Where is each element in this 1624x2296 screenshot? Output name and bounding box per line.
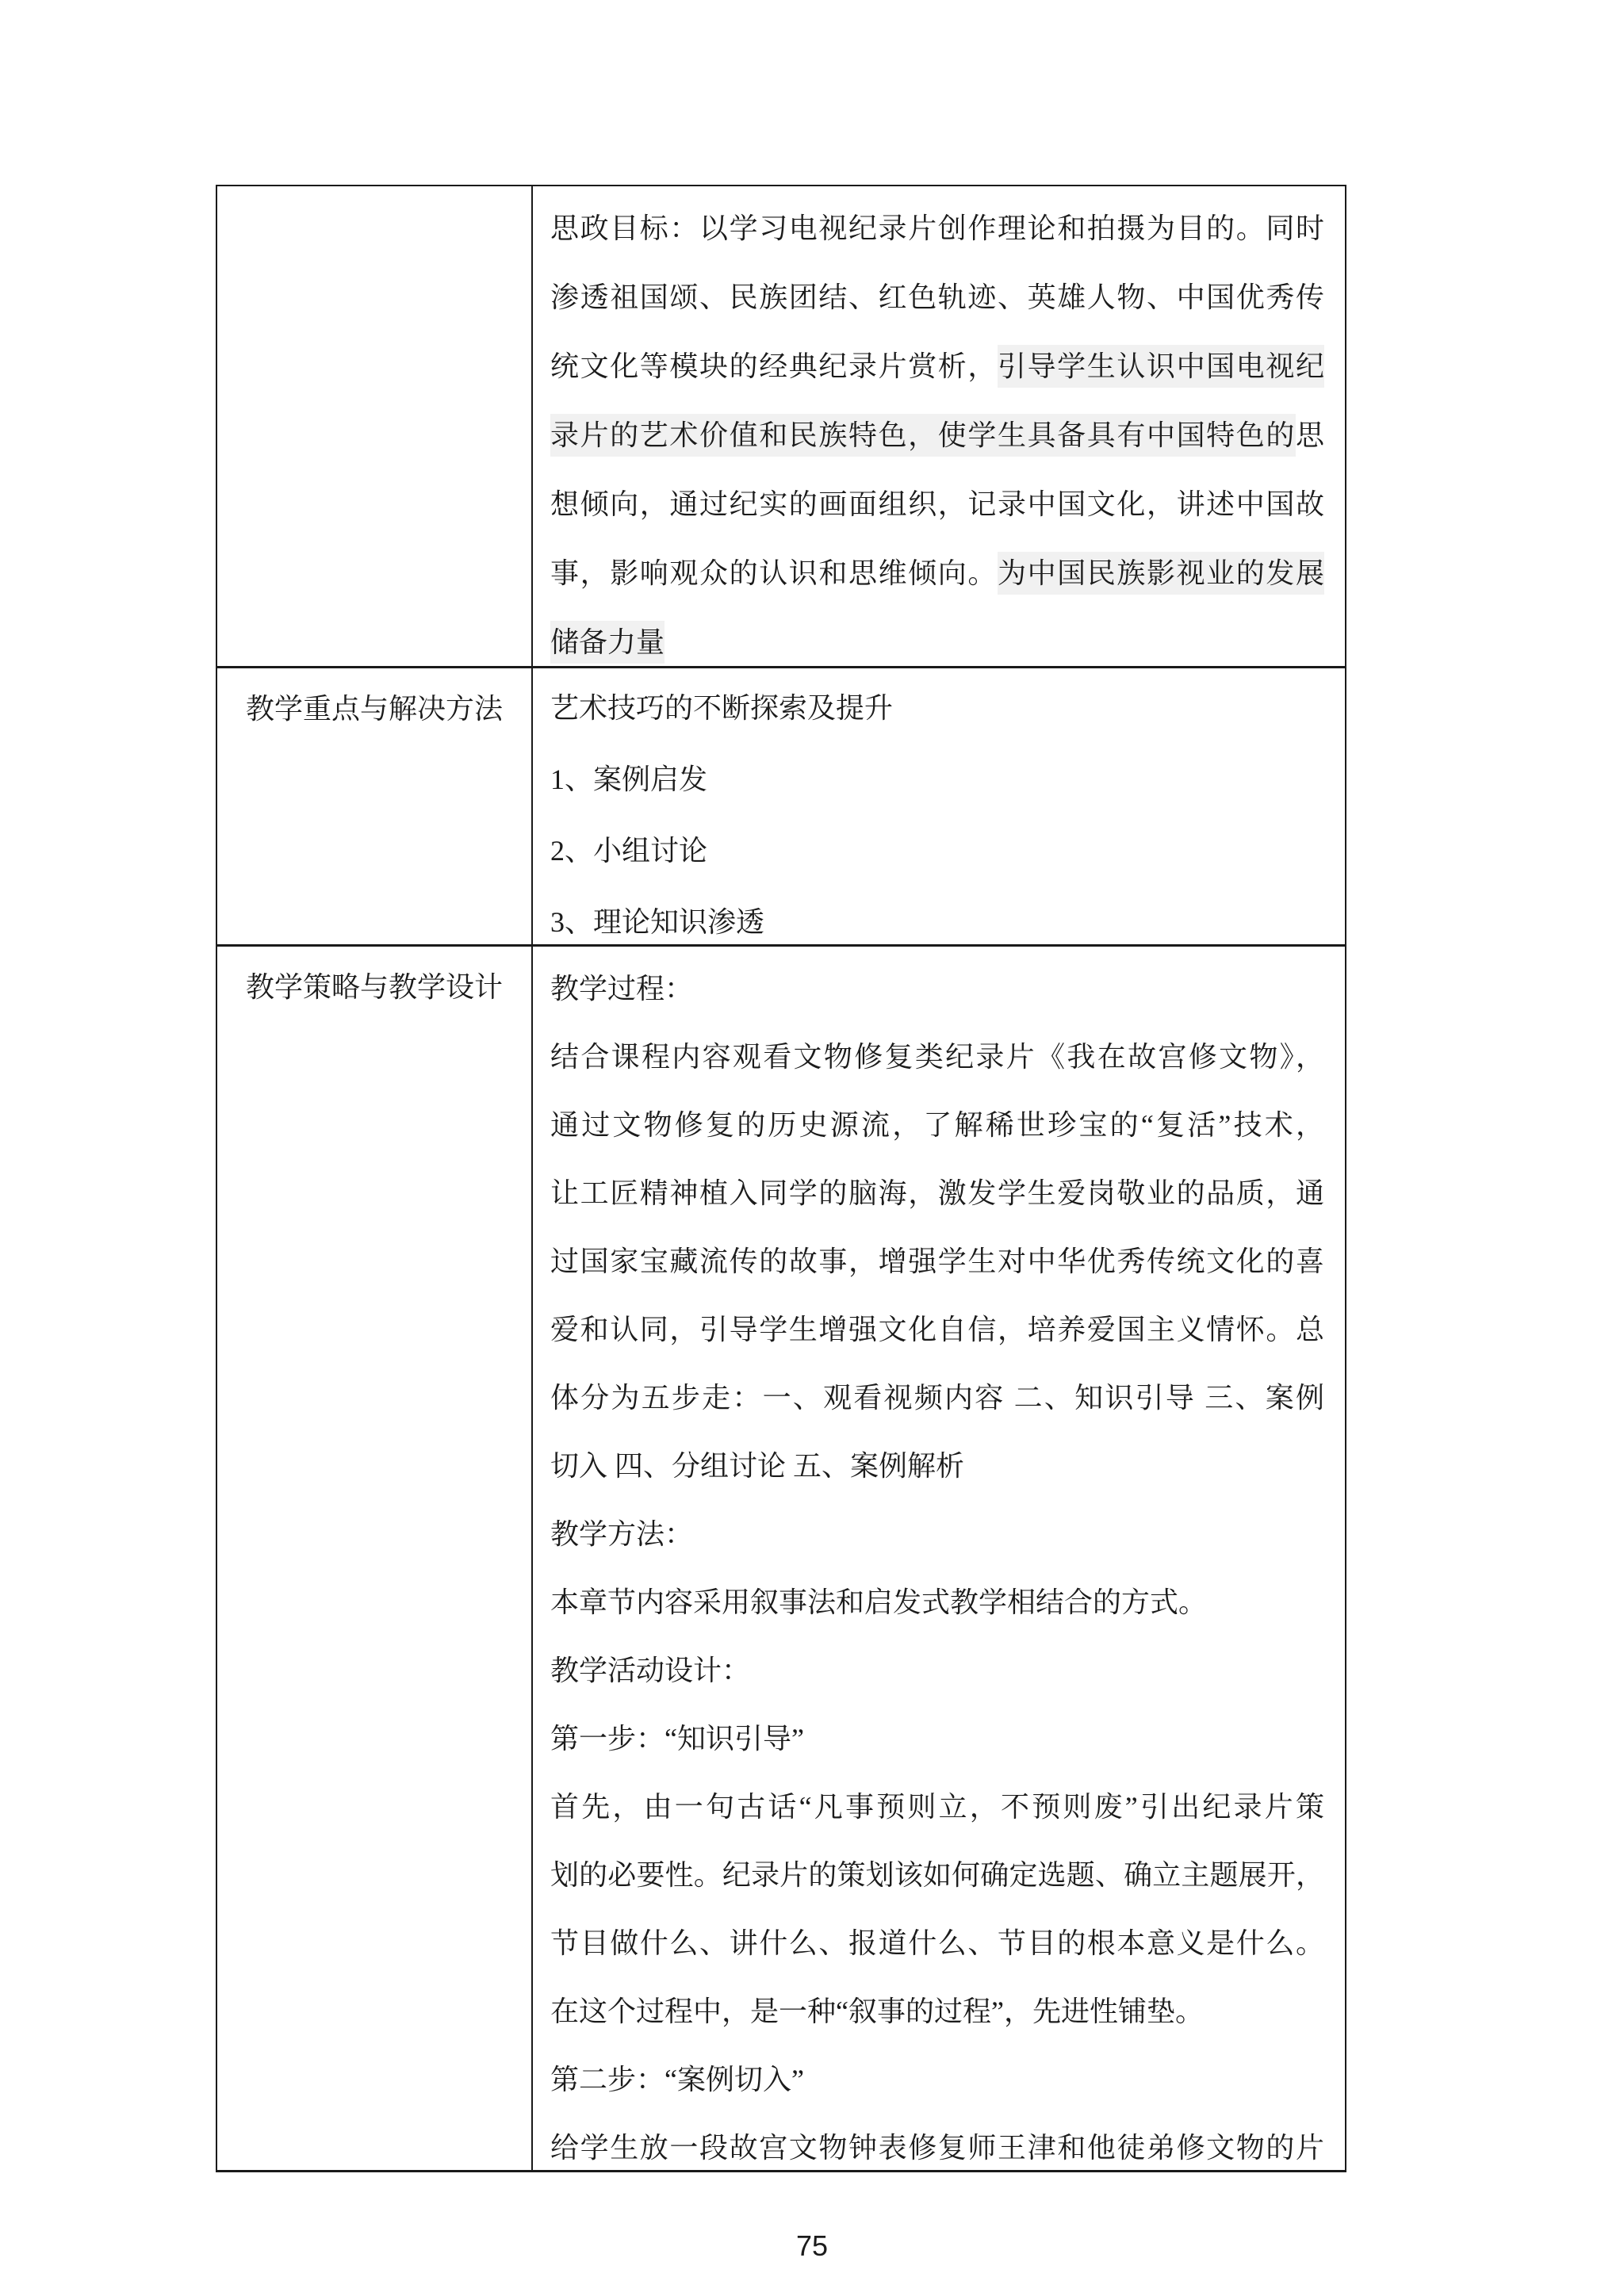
lesson-plan-table: 思政目标：以学习电视纪录片创作理论和拍摄为目的。同时 渗透祖国颂、民族团结、红色… [216, 185, 1346, 2172]
row-content-cell: 教学过程： 结合课程内容观看文物修复类纪录片《我在故宫修文物》， 通过文物修复的… [533, 947, 1345, 2170]
text-segment: 给学生放一段故宫文物钟表修复师王津和他徒弟修文物的片 [550, 2132, 1324, 2164]
highlighted-text-segment: 储备力量 [550, 621, 665, 664]
table-row-ideology-goal: 思政目标：以学习电视纪录片创作理论和拍摄为目的。同时 渗透祖国颂、民族团结、红色… [217, 186, 1345, 666]
text-segment: 切入 四、分组讨论 五、案例解析 [550, 1450, 964, 1482]
text-segment: 第二步：“案例切入” [550, 2064, 804, 2095]
text-line: 艺术技巧的不断探索及提升 [550, 672, 1324, 744]
text-segment: 2、小组讨论 [550, 835, 707, 867]
text-line: 1、案例启发 [550, 744, 1324, 815]
row-content-cell: 艺术技巧的不断探索及提升 1、案例启发 2、小组讨论 3、理论知识渗透 [533, 668, 1345, 944]
text-segment: 过国家宝藏流传的故事，增强学生对中华优秀传统文化的喜 [550, 1246, 1324, 1277]
text-line: 在这个过程中，是一种“叙事的过程”，先进性铺垫。 [550, 1977, 1324, 2045]
text-segment: 通过文物修复的历史源流，了解稀世珍宝的“复活”技术， [550, 1109, 1324, 1141]
text-line: 体分为五步走：一、观看视频内容 二、知识引导 三、案例 [550, 1364, 1324, 1432]
text-segment: 教学活动设计： [550, 1655, 750, 1686]
text-line: 首先，由一句古话“凡事预则立，不预则废”引出纪录片策 [550, 1773, 1324, 1841]
text-line: 切入 四、分组讨论 五、案例解析 [550, 1432, 1324, 1500]
highlighted-text-segment: 录片的艺术价值和民族特色，使学生具备具有中国特色的 [550, 414, 1296, 457]
text-line: 给学生放一段故宫文物钟表修复师王津和他徒弟修文物的片 [550, 2114, 1324, 2170]
row-label: 教学重点与解决方法 [246, 693, 503, 725]
text-line: 爱和认同，引导学生增强文化自信，培养爱国主义情怀。总 [550, 1295, 1324, 1364]
text-line: 教学过程： [550, 955, 1324, 1023]
highlighted-text-segment: 为中国民族影视业的发展 [998, 552, 1324, 595]
text-line: 渗透祖国颂、民族团结、红色轨迹、英雄人物、中国优秀传 [550, 263, 1324, 332]
text-segment: 节目做什么、讲什么、报道什么、节目的根本意义是什么。 [550, 1927, 1324, 1959]
text-line: 节目做什么、讲什么、报道什么、节目的根本意义是什么。 [550, 1909, 1324, 1977]
text-line: 2、小组讨论 [550, 815, 1324, 886]
text-line: 录片的艺术价值和民族特色，使学生具备具有中国特色的思 [550, 401, 1324, 470]
text-segment: 体分为五步走：一、观看视频内容 二、知识引导 三、案例 [550, 1382, 1324, 1414]
table-row-teaching-focus: 教学重点与解决方法 艺术技巧的不断探索及提升 1、案例启发 2、小组讨论 3、理… [217, 666, 1345, 944]
text-segment: 1、案例启发 [550, 763, 707, 795]
text-segment: 让工匠精神植入同学的脑海，激发学生爱岗敬业的品质，通 [550, 1177, 1324, 1209]
text-line: 3、理论知识渗透 [550, 886, 1324, 944]
text-segment: 爱和认同，引导学生增强文化自信，培养爱国主义情怀。总 [550, 1314, 1324, 1345]
text-segment: 首先，由一句古话“凡事预则立，不预则废”引出纪录片策 [550, 1791, 1324, 1823]
row-content-cell: 思政目标：以学习电视纪录片创作理论和拍摄为目的。同时 渗透祖国颂、民族团结、红色… [533, 186, 1345, 666]
text-line: 第一步：“知识引导” [550, 1705, 1324, 1773]
text-line: 统文化等模块的经典纪录片赏析，引导学生认识中国电视纪 [550, 332, 1324, 401]
text-segment: 思 [1296, 419, 1324, 451]
row-label-cell-empty [217, 186, 533, 666]
text-line: 教学活动设计： [550, 1636, 1324, 1705]
text-line: 事，影响观众的认识和思维倾向。为中国民族影视业的发展 [550, 539, 1324, 608]
text-line: 通过文物修复的历史源流，了解稀世珍宝的“复活”技术， [550, 1091, 1324, 1159]
text-segment: 第一步：“知识引导” [550, 1723, 804, 1755]
text-segment: 事，影响观众的认识和思维倾向。 [550, 557, 998, 589]
highlighted-text-segment: 引导学生认识中国电视纪 [998, 345, 1324, 388]
text-line: 思政目标：以学习电视纪录片创作理论和拍摄为目的。同时 [550, 194, 1324, 263]
text-line: 本章节内容采用叙事法和启发式教学相结合的方式。 [550, 1568, 1324, 1636]
row-label-cell: 教学策略与教学设计 [217, 947, 533, 2170]
text-line: 第二步：“案例切入” [550, 2045, 1324, 2114]
text-segment: 渗透祖国颂、民族团结、红色轨迹、英雄人物、中国优秀传 [550, 281, 1324, 313]
text-segment: 想倾向，通过纪实的画面组织，记录中国文化，讲述中国故 [550, 488, 1324, 520]
text-line: 储备力量 [550, 608, 1324, 666]
text-segment: 思政目标：以学习电视纪录片创作理论和拍摄为目的。同时 [550, 212, 1324, 244]
text-segment: 划的必要性。纪录片的策划该如何确定选题、确立主题展开， [550, 1859, 1324, 1891]
text-segment: 本章节内容采用叙事法和启发式教学相结合的方式。 [550, 1586, 1207, 1618]
row-label: 教学策略与教学设计 [246, 971, 503, 1003]
text-line: 想倾向，通过纪实的画面组织，记录中国文化，讲述中国故 [550, 470, 1324, 539]
text-line: 教学方法： [550, 1500, 1324, 1568]
text-segment: 在这个过程中，是一种“叙事的过程”，先进性铺垫。 [550, 1996, 1204, 2027]
text-segment: 3、理论知识渗透 [550, 906, 764, 938]
text-line: 让工匠精神植入同学的脑海，激发学生爱岗敬业的品质，通 [550, 1159, 1324, 1227]
text-line: 过国家宝藏流传的故事，增强学生对中华优秀传统文化的喜 [550, 1227, 1324, 1295]
text-line: 结合课程内容观看文物修复类纪录片《我在故宫修文物》， [550, 1023, 1324, 1091]
row-label-cell: 教学重点与解决方法 [217, 668, 533, 944]
text-line: 划的必要性。纪录片的策划该如何确定选题、确立主题展开， [550, 1841, 1324, 1909]
text-segment: 艺术技巧的不断探索及提升 [550, 692, 893, 724]
page-number: 75 [0, 2229, 1624, 2263]
text-segment: 统文化等模块的经典纪录片赏析， [550, 350, 998, 382]
text-segment: 结合课程内容观看文物修复类纪录片《我在故宫修文物》， [550, 1041, 1324, 1073]
table-row-teaching-strategy: 教学策略与教学设计 教学过程： 结合课程内容观看文物修复类纪录片《我在故宫修文物… [217, 944, 1345, 2170]
text-segment: 教学方法： [550, 1518, 693, 1550]
text-segment: 教学过程： [550, 973, 693, 1004]
